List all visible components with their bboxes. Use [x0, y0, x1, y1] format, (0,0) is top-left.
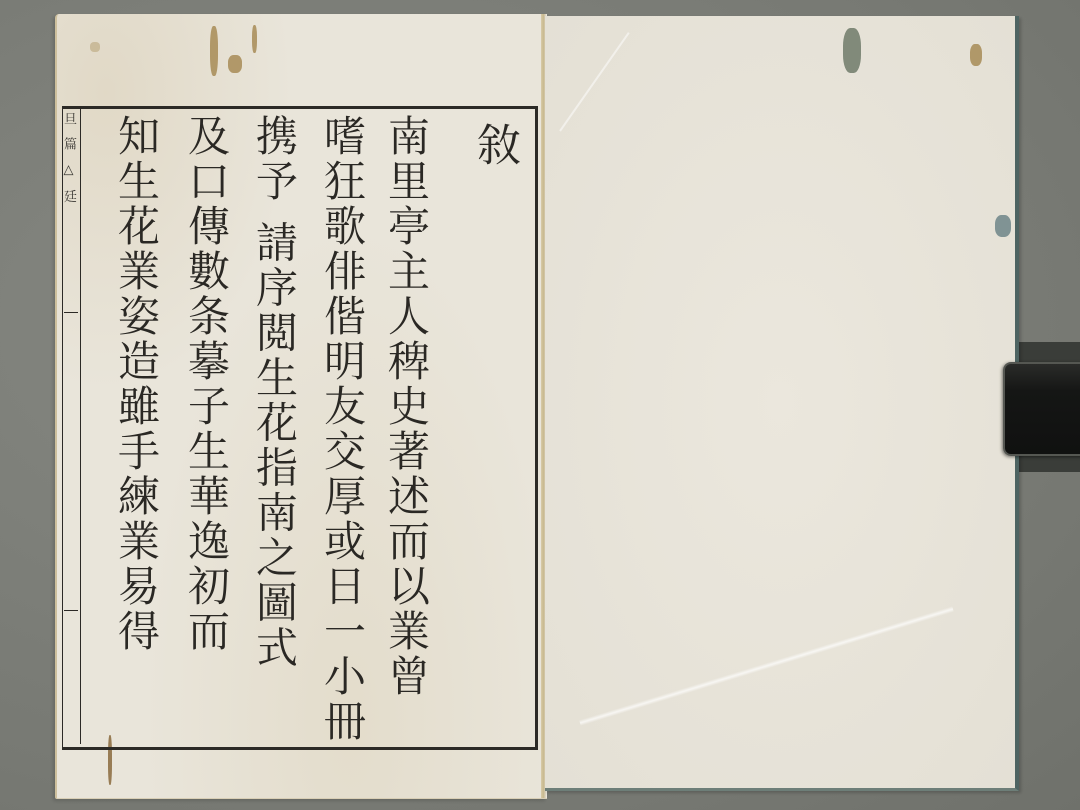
worm-damage	[843, 28, 861, 73]
book-clasp	[1003, 362, 1080, 456]
margin-mark	[64, 610, 78, 611]
worm-damage	[252, 25, 257, 53]
open-book: 旦 篇 △ 廷 敘 南里亭主人稗史著述而以業曾 嗜狂歌俳偕明友交厚或日一小冊 携…	[0, 0, 1080, 810]
preface-heading: 敘	[462, 122, 526, 166]
worm-damage	[228, 55, 242, 73]
worm-damage	[970, 44, 982, 66]
text-column-1: 南里亭主人稗史著述而以業曾	[382, 114, 430, 699]
margin-title: 旦 篇 △ 廷	[64, 112, 78, 206]
margin-mark	[64, 312, 78, 313]
worm-damage	[995, 215, 1011, 237]
text-column-5: 知生花業姿造雖手練業易得	[112, 114, 160, 654]
text-column-4: 及口傳數条摹子生華逸初而	[182, 114, 230, 654]
worm-damage	[90, 42, 100, 52]
worm-damage	[210, 26, 218, 76]
text-column-2: 嗜狂歌俳偕明友交厚或日一小冊	[318, 114, 366, 744]
right-page-blank	[545, 16, 1019, 791]
text-column-3: 携予 請序閲生花指南之圖式	[250, 114, 298, 670]
